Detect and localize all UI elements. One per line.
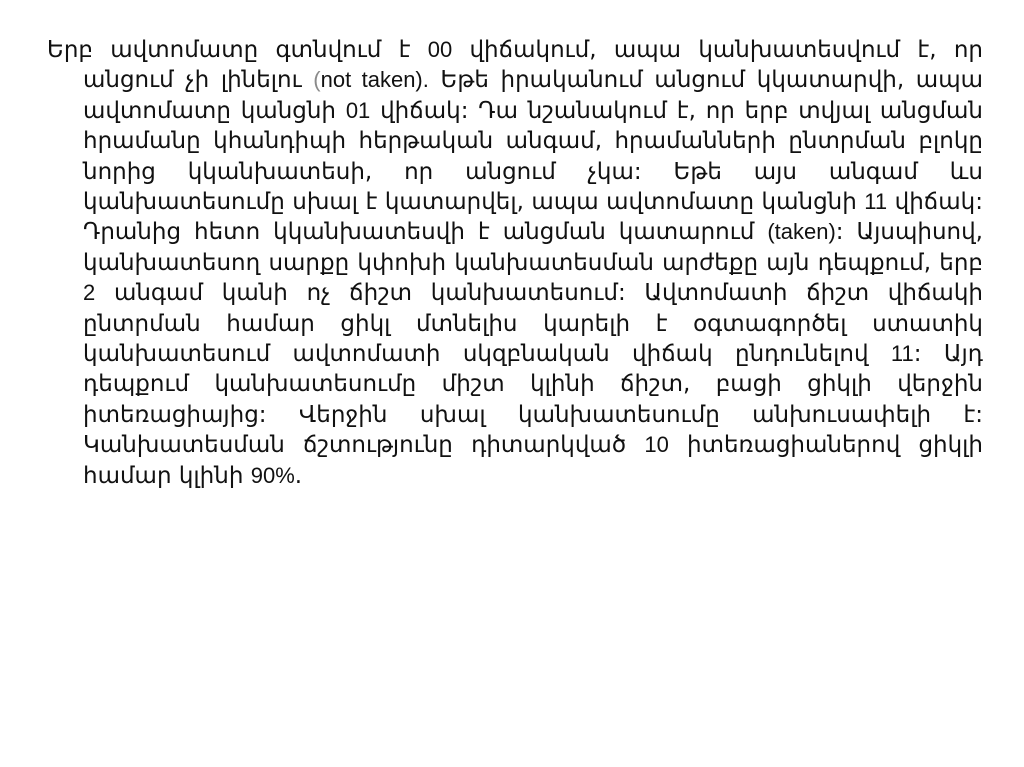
- open-paren: (: [313, 67, 320, 92]
- text-segment: Երբ ավտոմատը գտնվում է: [47, 37, 428, 63]
- accuracy-percent: 90%: [251, 463, 295, 488]
- state-code: 11: [891, 341, 914, 366]
- english-term-taken: (taken): [767, 219, 835, 244]
- english-term-not-taken: not taken).: [321, 67, 429, 92]
- text-segment: անգամ կանի ոչ ճիշտ կանխատեսում: Ավտոմատի…: [83, 280, 983, 367]
- state-code: 00: [428, 37, 452, 62]
- body-paragraph: Երբ ավտոմատը գտնվում է 00 վիճակում, ապա …: [83, 35, 983, 491]
- count-number: 2: [83, 280, 95, 305]
- iteration-count: 10: [644, 432, 668, 457]
- state-code: 11: [864, 189, 887, 214]
- state-code: 01: [346, 98, 370, 123]
- text-segment: .: [295, 463, 302, 489]
- slide: Երբ ավտոմատը գտնվում է 00 վիճակում, ապա …: [0, 0, 1024, 767]
